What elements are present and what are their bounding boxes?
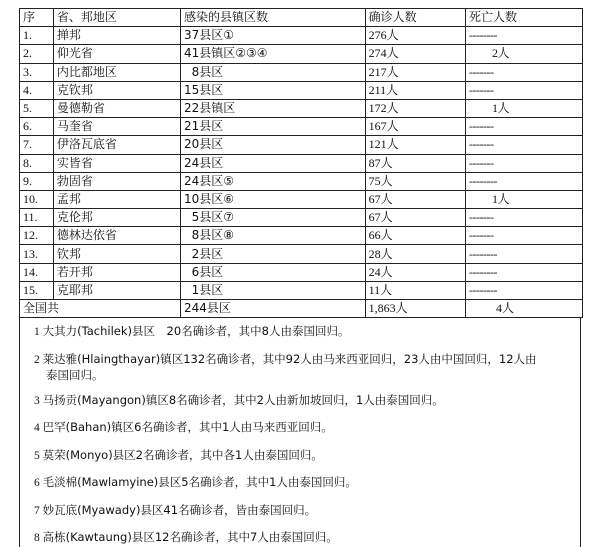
row-confirmed: 67人 bbox=[365, 209, 465, 227]
row-confirmed: 67人 bbox=[365, 190, 465, 208]
footnote-2: 2 莱达雅(Hlaingthayar)镇区132名确诊者，其中92人由马来西亚回… bbox=[34, 352, 580, 383]
footnote-text: 莱达雅(Hlaingthayar)镇区132名确诊者，其中92人由马来西亚回归，… bbox=[43, 352, 537, 366]
table-row: 10. 孟邦 10县区⑥ 67人 1人 bbox=[20, 190, 583, 208]
row-confirmed: 172人 bbox=[365, 99, 465, 117]
row-deaths: ------- bbox=[466, 118, 583, 136]
row-confirmed: 24人 bbox=[365, 263, 465, 281]
header-index: 序 bbox=[20, 9, 54, 27]
row-districts: 6县区 bbox=[180, 263, 365, 281]
row-deaths: -------- bbox=[466, 27, 583, 45]
footnote-text: 莫荣(Monyo)县区2名确诊者，其中各1人由泰国回归。 bbox=[43, 448, 323, 462]
row-index: 7. bbox=[20, 136, 54, 154]
table-row: 14. 若开邦 6县区 24人 -------- bbox=[20, 263, 583, 281]
row-region: 马奎省 bbox=[53, 118, 180, 136]
row-confirmed: 11人 bbox=[365, 281, 465, 299]
row-confirmed: 75人 bbox=[365, 172, 465, 190]
footnote-number: 3 bbox=[34, 395, 40, 407]
footnote-text: 巴罕(Bahan)镇区6名确诊者，其中1人由马来西亚回归。 bbox=[43, 420, 333, 434]
header-districts: 感染的县镇区数 bbox=[180, 9, 365, 27]
row-districts: 10县区⑥ bbox=[180, 190, 365, 208]
row-confirmed: 276人 bbox=[365, 27, 465, 45]
row-deaths: -------- bbox=[466, 263, 583, 281]
table-row: 2. 仰光省 41县镇区②③④ 274人 2人 bbox=[20, 45, 583, 63]
footnote-7: 7 妙瓦底(Myawady)县区41名确诊者，皆由泰国回归。 bbox=[34, 503, 580, 519]
footnote-8: 8 高栋(Kawtaung)县区12名确诊者，其中7人由泰国回归。 bbox=[34, 530, 580, 546]
row-deaths: ------- bbox=[466, 154, 583, 172]
row-index: 5. bbox=[20, 99, 54, 117]
row-confirmed: 28人 bbox=[365, 245, 465, 263]
row-confirmed: 217人 bbox=[365, 63, 465, 81]
row-index: 13. bbox=[20, 245, 54, 263]
table-row: 9. 勃固省 24县区⑤ 75人 -------- bbox=[20, 172, 583, 190]
row-districts: 24县区⑤ bbox=[180, 172, 365, 190]
footnote-number: 5 bbox=[34, 450, 40, 462]
row-districts: 8县区 bbox=[180, 63, 365, 81]
row-districts: 41县镇区②③④ bbox=[180, 45, 365, 63]
row-region: 曼德勒省 bbox=[53, 99, 180, 117]
row-confirmed: 121人 bbox=[365, 136, 465, 154]
table-row: 13. 钦邦 2县区 28人 -------- bbox=[20, 245, 583, 263]
total-confirmed: 1,863人 bbox=[365, 300, 465, 318]
footnote-5: 5 莫荣(Monyo)县区2名确诊者，其中各1人由泰国回归。 bbox=[34, 448, 580, 464]
row-index: 15. bbox=[20, 281, 54, 299]
row-region: 实皆省 bbox=[53, 154, 180, 172]
row-index: 2. bbox=[20, 45, 54, 63]
row-region: 克钦邦 bbox=[53, 81, 180, 99]
row-region: 克耶邦 bbox=[53, 281, 180, 299]
row-index: 14. bbox=[20, 263, 54, 281]
covid-case-table-document: 序 省、邦地区 感染的县镇区数 确诊人数 死亡人数 1. 掸邦 37县区① 27… bbox=[19, 8, 583, 547]
row-index: 8. bbox=[20, 154, 54, 172]
footnote-number: 2 bbox=[34, 354, 40, 366]
row-deaths: 1人 bbox=[466, 99, 583, 117]
row-index: 4. bbox=[20, 81, 54, 99]
footnote-6: 6 毛淡棉(Mawlamyine)县区5名确诊者，其中1人由泰国回归。 bbox=[34, 475, 580, 491]
row-region: 掸邦 bbox=[53, 27, 180, 45]
row-deaths: 1人 bbox=[466, 190, 583, 208]
row-districts: 21县区 bbox=[180, 118, 365, 136]
row-region: 内比都地区 bbox=[53, 63, 180, 81]
row-confirmed: 87人 bbox=[365, 154, 465, 172]
table-row: 8. 实皆省 24县区 87人 ------- bbox=[20, 154, 583, 172]
row-deaths: ------- bbox=[466, 227, 583, 245]
row-districts: 24县区 bbox=[180, 154, 365, 172]
row-region: 伊洛瓦底省 bbox=[53, 136, 180, 154]
case-table: 序 省、邦地区 感染的县镇区数 确诊人数 死亡人数 1. 掸邦 37县区① 27… bbox=[19, 8, 583, 318]
footnote-3: 3 马扬贡(Mayangon)镇区8名确诊者，其中2人由新加坡回归，1人由泰国回… bbox=[34, 393, 580, 409]
row-confirmed: 66人 bbox=[365, 227, 465, 245]
row-deaths: -------- bbox=[466, 281, 583, 299]
row-index: 10. bbox=[20, 190, 54, 208]
footnote-number: 7 bbox=[34, 505, 40, 517]
row-region: 仰光省 bbox=[53, 45, 180, 63]
row-region: 勃固省 bbox=[53, 172, 180, 190]
row-confirmed: 211人 bbox=[365, 81, 465, 99]
footnote-4: 4 巴罕(Bahan)镇区6名确诊者，其中1人由马来西亚回归。 bbox=[34, 420, 580, 436]
row-region: 克伦邦 bbox=[53, 209, 180, 227]
table-row: 4. 克钦邦 15县区 211人 ------- bbox=[20, 81, 583, 99]
row-index: 6. bbox=[20, 118, 54, 136]
row-index: 12. bbox=[20, 227, 54, 245]
row-deaths: ------- bbox=[466, 209, 583, 227]
row-districts: 5县区⑦ bbox=[180, 209, 365, 227]
table-row: 7. 伊洛瓦底省 20县区 121人 ------- bbox=[20, 136, 583, 154]
row-deaths: -------- bbox=[466, 245, 583, 263]
total-deaths: 4人 bbox=[466, 300, 583, 318]
footnote-text: 毛淡棉(Mawlamyine)县区5名确诊者，其中1人由泰国回归。 bbox=[43, 475, 357, 489]
row-districts: 15县区 bbox=[180, 81, 365, 99]
footnote-text: 马扬贡(Mayangon)镇区8名确诊者，其中2人由新加坡回归，1人由泰国回归。 bbox=[43, 393, 444, 407]
total-row: 全国共 244县区 1,863人 4人 bbox=[20, 300, 583, 318]
footnotes: 1 大其力(Tachilek)县区 20名确诊者，其中8人由泰国回归。2 莱达雅… bbox=[19, 318, 581, 547]
footnote-number: 4 bbox=[34, 422, 40, 434]
row-region: 钦邦 bbox=[53, 245, 180, 263]
total-districts: 244县区 bbox=[180, 300, 365, 318]
row-deaths: -------- bbox=[466, 172, 583, 190]
table-row: 3. 内比都地区 8县区 217人 ------- bbox=[20, 63, 583, 81]
footnote-text-continued: 泰国回归。 bbox=[34, 368, 580, 383]
footnote-text: 高栋(Kawtaung)县区12名确诊者，其中7人由泰国回归。 bbox=[43, 530, 338, 544]
row-districts: 22县镇区 bbox=[180, 99, 365, 117]
row-index: 11. bbox=[20, 209, 54, 227]
footnote-number: 6 bbox=[34, 477, 40, 489]
row-index: 1. bbox=[20, 27, 54, 45]
table-header-row: 序 省、邦地区 感染的县镇区数 确诊人数 死亡人数 bbox=[20, 9, 583, 27]
row-region: 孟邦 bbox=[53, 190, 180, 208]
row-districts: 2县区 bbox=[180, 245, 365, 263]
row-districts: 8县区⑧ bbox=[180, 227, 365, 245]
table-row: 15. 克耶邦 1县区 11人 -------- bbox=[20, 281, 583, 299]
footnote-text: 大其力(Tachilek)县区 20名确诊者，其中8人由泰国回归。 bbox=[43, 324, 350, 338]
header-deaths: 死亡人数 bbox=[466, 9, 583, 27]
header-confirmed: 确诊人数 bbox=[365, 9, 465, 27]
row-index: 3. bbox=[20, 63, 54, 81]
row-deaths: 2人 bbox=[466, 45, 583, 63]
row-region: 若开邦 bbox=[53, 263, 180, 281]
row-districts: 37县区① bbox=[180, 27, 365, 45]
table-row: 1. 掸邦 37县区① 276人 -------- bbox=[20, 27, 583, 45]
footnote-1: 1 大其力(Tachilek)县区 20名确诊者，其中8人由泰国回归。 bbox=[34, 324, 580, 340]
row-deaths: ------- bbox=[466, 81, 583, 99]
row-region: 德林达依省 bbox=[53, 227, 180, 245]
total-label: 全国共 bbox=[20, 300, 181, 318]
header-region: 省、邦地区 bbox=[53, 9, 180, 27]
table-row: 5. 曼德勒省 22县镇区 172人 1人 bbox=[20, 99, 583, 117]
row-confirmed: 274人 bbox=[365, 45, 465, 63]
row-districts: 20县区 bbox=[180, 136, 365, 154]
footnote-number: 8 bbox=[34, 532, 40, 544]
table-row: 12. 德林达依省 8县区⑧ 66人 ------- bbox=[20, 227, 583, 245]
row-index: 9. bbox=[20, 172, 54, 190]
table-row: 6. 马奎省 21县区 167人 ------- bbox=[20, 118, 583, 136]
row-confirmed: 167人 bbox=[365, 118, 465, 136]
footnote-number: 1 bbox=[34, 326, 40, 338]
row-districts: 1县区 bbox=[180, 281, 365, 299]
row-deaths: ------- bbox=[466, 63, 583, 81]
row-deaths: ------- bbox=[466, 136, 583, 154]
footnote-text: 妙瓦底(Myawady)县区41名确诊者，皆由泰国回归。 bbox=[43, 503, 316, 517]
table-row: 11. 克伦邦 5县区⑦ 67人 ------- bbox=[20, 209, 583, 227]
